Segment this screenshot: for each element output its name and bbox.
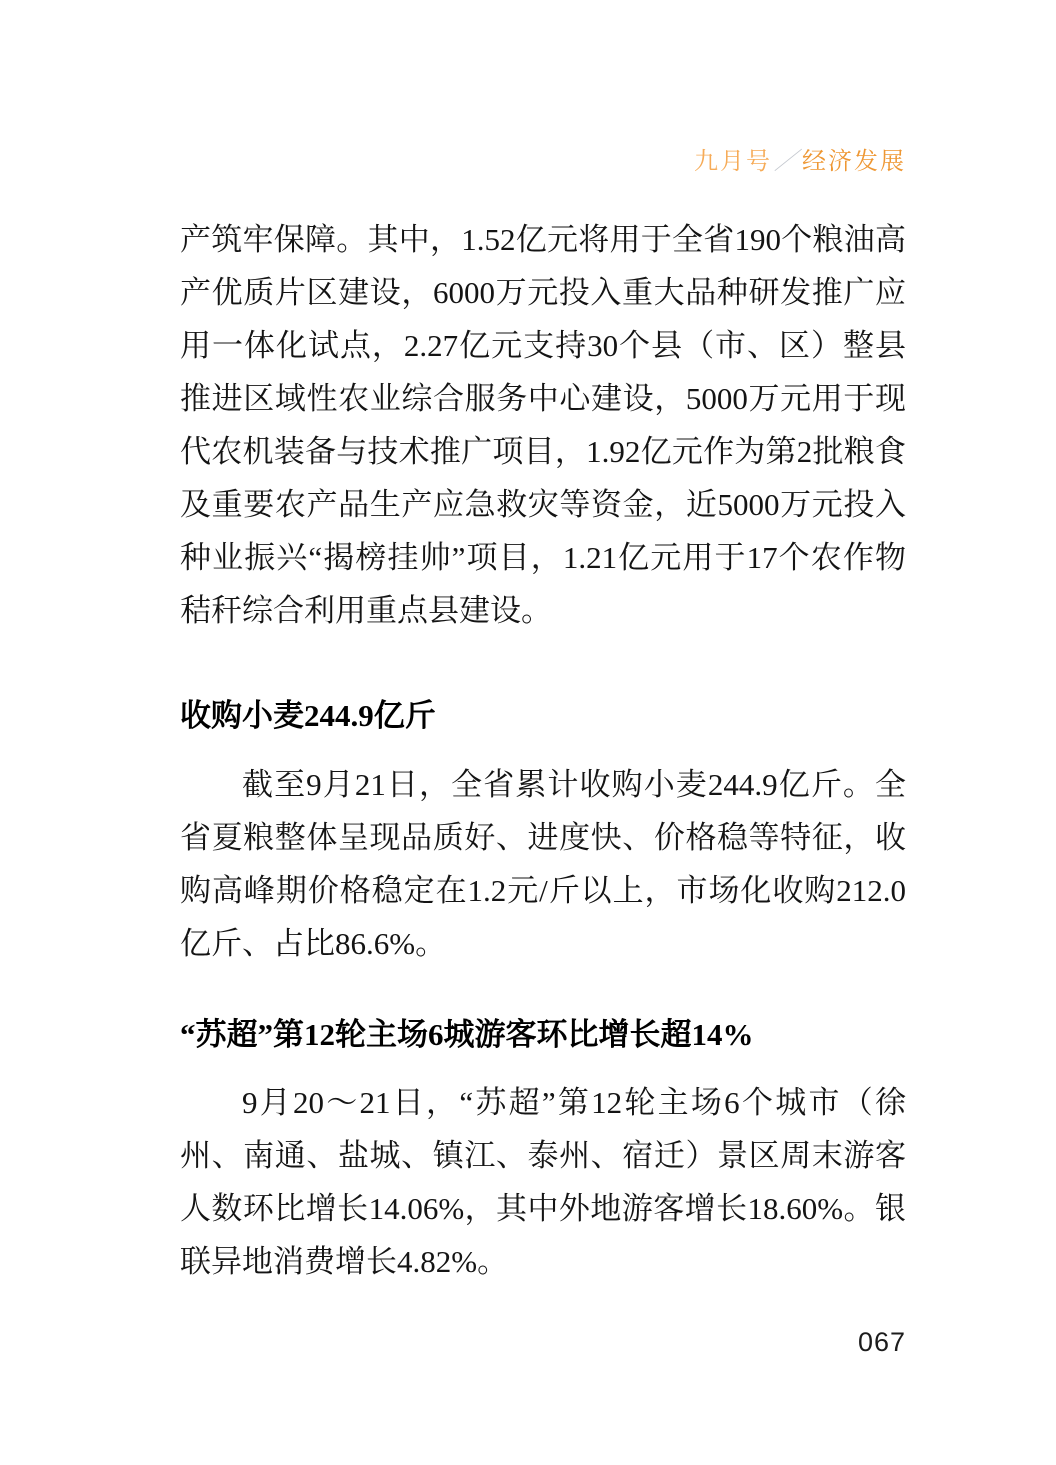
header-issue-label: 九月号 <box>694 149 772 175</box>
heading-suchao-tourism: “苏超”第12轮主场6城游客环比增长超14% <box>180 1008 906 1061</box>
magazine-page: 九月号／经济发展 产筑牢保障。其中，1.52亿元将用于全省190个粮油高产优质片… <box>0 0 1056 1465</box>
page-number: 067 <box>858 1327 906 1358</box>
paragraph-agriculture-funding: 产筑牢保障。其中，1.52亿元将用于全省190个粮油高产优质片区建设，6000万… <box>180 213 906 637</box>
header-section-label: 经济发展 <box>802 149 906 175</box>
running-header: 九月号／经济发展 <box>694 141 906 176</box>
paragraph-wheat-purchase: 截至9月21日，全省累计收购小麦244.9亿斤。全省夏粮整体呈现品质好、进度快、… <box>180 758 906 970</box>
paragraph-suchao-tourism: 9月20～21日，“苏超”第12轮主场6个城市（徐州、南通、盐城、镇江、泰州、宿… <box>180 1076 906 1288</box>
heading-wheat-purchase: 收购小麦244.9亿斤 <box>180 689 906 742</box>
header-separator-slash: ／ <box>772 149 802 175</box>
article-body: 产筑牢保障。其中，1.52亿元将用于全省190个粮油高产优质片区建设，6000万… <box>180 213 906 1288</box>
